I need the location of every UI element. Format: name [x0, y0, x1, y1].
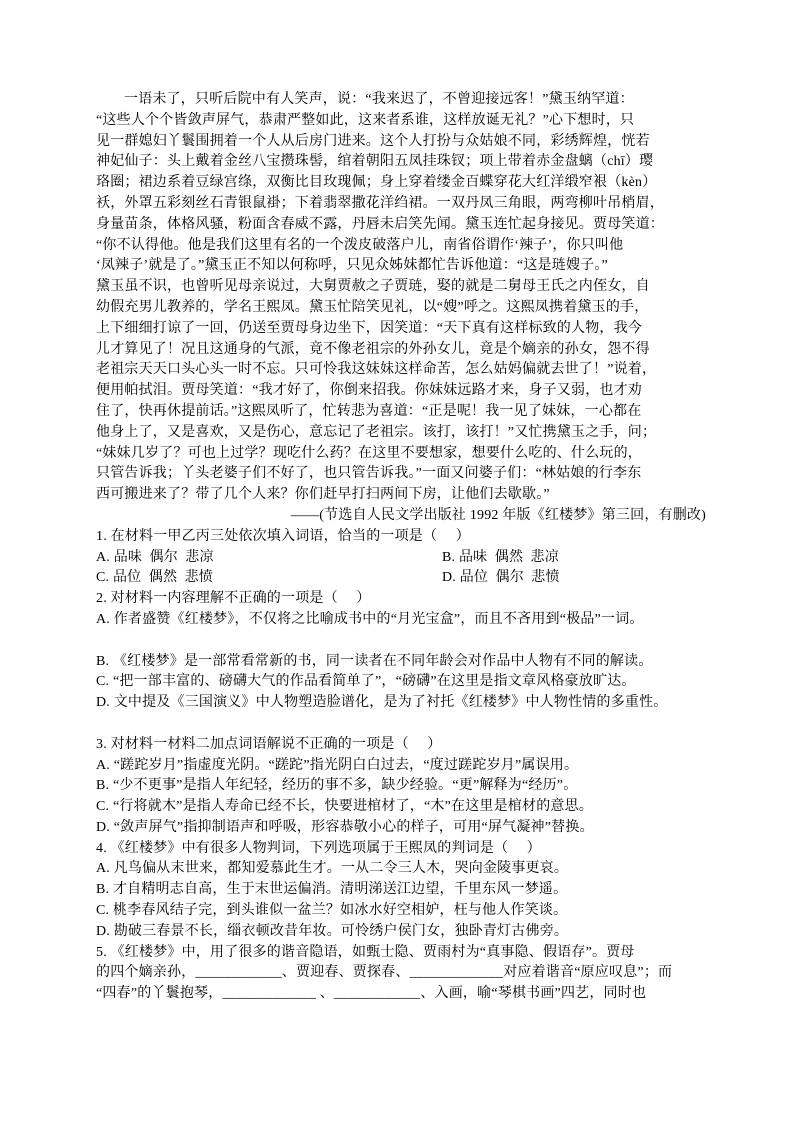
excerpt-line: 见一群媳妇丫鬟围拥着一个人从后房门进来。这个人打扮与众姑娘不同，彩绣辉煌，恍若: [96, 132, 706, 153]
question-5-line: 5. 《红楼梦》中，用了很多的谐音隐语，如甄士隐、贾雨村为“真事隐、假语存”。贾…: [96, 943, 706, 964]
question-5-line: “四春”的丫鬟抱琴，_____________ 、____________、入画…: [96, 984, 706, 1005]
excerpt-line: 儿才算见了！况且这通身的气派，竟不像老祖宗的外孙女儿，竟是个嫡亲的孙女，怨不得: [96, 340, 706, 361]
excerpt-line: “妹妹几岁了？可也上过学？现吃什么药？在这里不要想家，想要什么吃的、什么玩的，: [96, 444, 706, 465]
question-2: 2. 对材料一内容理解不正确的一项是（ ） A. 作者盛赞《红楼梦》，不仅将之比…: [96, 589, 706, 714]
question-1: 1. 在材料一甲乙丙三处依次填入词语，恰当的一项是（ ） A. 品味 偶尔 悲凉…: [96, 527, 706, 589]
excerpt-line: ‘凤辣子’就是了。”黛玉正不知以何称呼，只见众姊妹都忙告诉他道：“这是琏嫂子。”: [96, 256, 706, 277]
question-1-stem: 1. 在材料一甲乙丙三处依次填入词语，恰当的一项是（ ）: [96, 527, 706, 548]
excerpt-line: 老祖宗天天口头心头一时不忘。只可怜我这妹妹这样命苦，怎么姑妈偏就去世了！”说着，: [96, 360, 706, 381]
excerpt-line: 西可搬进来了？带了几个人来？你们赶早打扫两间下房，让他们去歇歇。”: [96, 485, 706, 506]
question-2-option-d: D. 文中提及《三国演义》中人物塑造脸谱化，是为了衬托《红楼梦》中人物性情的多重…: [96, 693, 706, 714]
excerpt-line: 只管告诉我；丫头老婆子们不好了，也只管告诉我。”一面又问婆子们：“林姑娘的行李东: [96, 464, 706, 485]
question-5: 5. 《红楼梦》中，用了很多的谐音隐语，如甄士隐、贾雨村为“真事隐、假语存”。贾…: [96, 943, 706, 1005]
question-2-option-a: A. 作者盛赞《红楼梦》，不仅将之比喻成书中的“月光宝盒”，而且不吝用到“极品”…: [96, 610, 706, 631]
excerpt-line: 一语未了，只听后院中有人笑声，说：“我来迟了，不曾迎接远客！”黛玉纳罕道：: [96, 90, 706, 111]
question-2-option-c: C. “把一部丰富的、磅礴大气的作品看简单了”，“磅礴”在这里是指文章风格豪放旷…: [96, 672, 706, 693]
question-4: 4. 《红楼梦》中有很多人物判词，下列选项属于王熙凤的判词是（ ） A. 凡鸟偏…: [96, 839, 706, 943]
question-3-option-d: D. “敛声屏气”指抑制语声和呼吸，形容恭敬小心的样子，可用“屏气凝神”替换。: [96, 818, 706, 839]
excerpt-line: 袄，外罩五彩刻丝石青银鼠褂；下着翡翠撒花洋绉裙。一双丹凤三角眼，两弯柳叶吊梢眉，: [96, 194, 706, 215]
excerpt-line: 神妃仙子：头上戴着金丝八宝攒珠髻，绾着朝阳五凤挂珠钗；项上带着赤金盘螭（chī）…: [96, 152, 706, 173]
source-attribution: ——(节选自人民文学出版社 1992 年版《红楼梦》第三回，有删改): [96, 506, 706, 527]
excerpt-line: “这些人个个皆敛声屏气，恭肃严整如此，这来者系谁，这样放诞无礼？”心下想时，只: [96, 111, 706, 132]
excerpt-line: 他身上了，又是喜欢，又是伤心，意忘记了老祖宗。该打，该打！”又忙携黛玉之手，问；: [96, 423, 706, 444]
question-3-stem: 3. 对材料一材料二加点词语解说不正确的一项是（ ）: [96, 735, 706, 756]
question-4-option-c: C. 桃李春风结子完，到头谁似一盆兰？如冰水好空相妒，枉与他人作笑谈。: [96, 901, 706, 922]
question-1-option-d: D. 品位 偶尔 悲愤: [442, 568, 706, 589]
question-3: 3. 对材料一材料二加点词语解说不正确的一项是（ ） A. “蹉跎岁月”指虚度光…: [96, 735, 706, 839]
excerpt-line: 珞圈；裙边系着豆绿宫绦，双衡比目玫瑰佩；身上穿着缕金百蝶穿花大红洋缎窄裉（kèn…: [96, 173, 706, 194]
question-1-option-b: B. 品味 偶然 悲凉: [442, 548, 706, 569]
question-3-option-b: B. “少不更事”是指人年纪轻，经历的事不多，缺少经验。“更”解释为“经历”。: [96, 776, 706, 797]
blank-line: [96, 714, 706, 735]
excerpt-line: “你不认得他。他是我们这里有名的一个泼皮破落户儿，南省俗谓作‘辣子’，你只叫他: [96, 236, 706, 257]
question-1-option-a: A. 品味 偶尔 悲凉: [96, 548, 442, 569]
excerpt-line: 身量苗条，体格风骚，粉面含春威不露，丹唇未启笑先闻。黛玉连忙起身接见。贾母笑道：: [96, 215, 706, 236]
question-3-option-c: C. “行将就木”是指人寿命已经不长，快要进棺材了，“木”在这里是棺材的意思。: [96, 797, 706, 818]
question-4-option-d: D. 勘破三春景不长，缁衣顿改昔年妆。可怜绣户侯门女，独卧青灯古佛旁。: [96, 922, 706, 943]
excerpt-line: 黛玉虽不识，也曾听见母亲说过，大舅贾赦之子贾琏，娶的就是二舅母王氏之内侄女，自: [96, 277, 706, 298]
excerpt-paragraph: 一语未了，只听后院中有人笑声，说：“我来迟了，不曾迎接远客！”黛玉纳罕道： “这…: [96, 90, 706, 506]
question-1-option-c: C. 品位 偶然 悲愤: [96, 568, 442, 589]
question-4-stem: 4. 《红楼梦》中有很多人物判词，下列选项属于王熙凤的判词是（ ）: [96, 839, 706, 860]
excerpt-line: 住了，快再休提前话。”这熙凤听了，忙转悲为喜道：“正是呢！我一见了妹妹，一心都在: [96, 402, 706, 423]
question-2-option-b: B. 《红楼梦》是一部常看常新的书，同一读者在不同年龄会对作品中人物有不同的解读…: [96, 652, 706, 673]
question-3-option-a: A. “蹉跎岁月”指虚度光阴。“蹉跎”指光阴白白过去，“度过蹉跎岁月”属误用。: [96, 756, 706, 777]
blank-line: [96, 631, 706, 652]
question-2-stem: 2. 对材料一内容理解不正确的一项是（ ）: [96, 589, 706, 610]
excerpt-line: 上下细细打谅了一回，仍送至贾母身边坐下，因笑道：“天下真有这样标致的人物，我今: [96, 319, 706, 340]
question-1-options: A. 品味 偶尔 悲凉 B. 品味 偶然 悲凉 C. 品位 偶然 悲愤 D. 品…: [96, 548, 706, 590]
excerpt-line: 便用帕拭泪。贾母笑道：“我才好了，你倒来招我。你妹妹远路才来，身子又弱，也才劝: [96, 381, 706, 402]
question-4-option-a: A. 凡鸟偏从末世来，都知爱慕此生才。一从二令三人木，哭向金陵事更哀。: [96, 859, 706, 880]
question-5-line: 的四个嫡亲孙，____________、贾迎春、贾探春、____________…: [96, 963, 706, 984]
question-4-option-b: B. 才自精明志自高，生于末世运偏消。清明涕送江边望，千里东风一梦遥。: [96, 880, 706, 901]
excerpt-line: 幼假充男儿教养的，学名王熙凤。黛玉忙陪笑见礼，以“嫂”呼之。这熙凤携着黛玉的手，: [96, 298, 706, 319]
document-page: 一语未了，只听后院中有人笑声，说：“我来迟了，不曾迎接远客！”黛玉纳罕道： “这…: [0, 0, 794, 1123]
